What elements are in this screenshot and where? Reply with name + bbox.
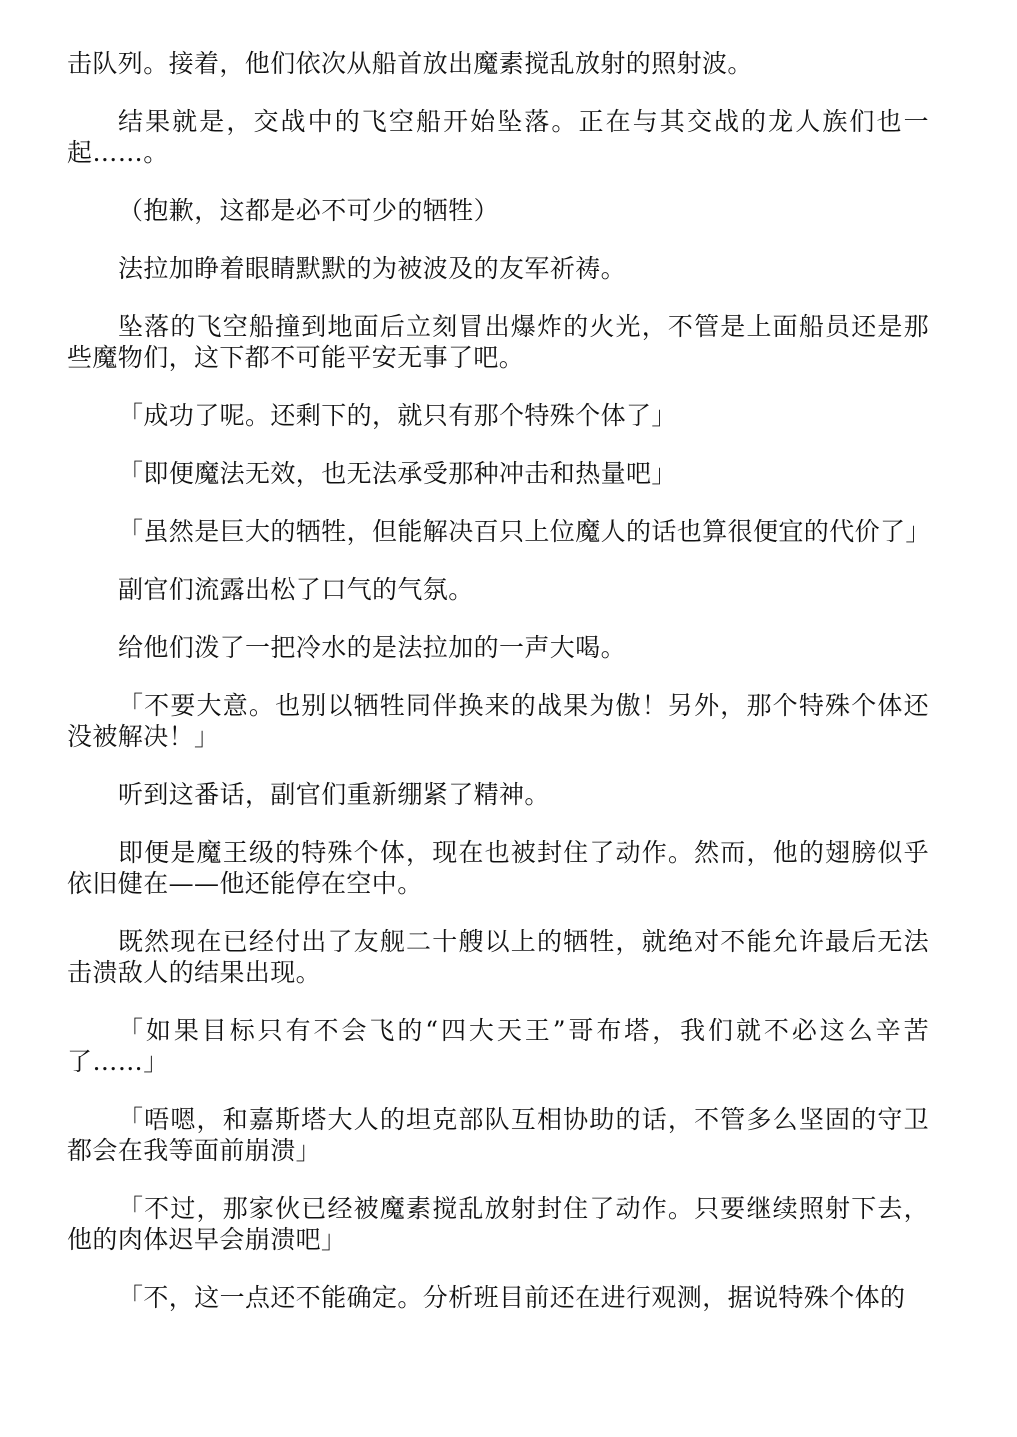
paragraph: 副官们流露出松了口气的气氛。 bbox=[67, 574, 929, 605]
dialogue-paragraph: 「不，这一点还不能确定。分析班目前还在进行观测，据说特殊个体的 bbox=[67, 1282, 929, 1313]
document-page: 击队列。接着，他们依次从船首放出魔素搅乱放射的照射波。 结果就是，交战中的飞空船… bbox=[67, 48, 929, 1340]
dialogue-paragraph: 「成功了呢。还剩下的，就只有那个特殊个体了」 bbox=[67, 400, 929, 431]
paragraph: （抱歉，这都是必不可少的牺牲） bbox=[67, 195, 929, 226]
paragraph: 即便是魔王级的特殊个体，现在也被封住了动作。然而，他的翅膀似乎依旧健在——他还能… bbox=[67, 837, 929, 899]
dialogue-paragraph: 「不要大意。也别以牺牲同伴换来的战果为傲！另外，那个特殊个体还没被解决！」 bbox=[67, 690, 929, 752]
dialogue-paragraph: 「虽然是巨大的牺牲，但能解决百只上位魔人的话也算很便宜的代价了」 bbox=[67, 516, 929, 547]
dialogue-paragraph: 「唔嗯，和嘉斯塔大人的坦克部队互相协助的话，不管多么坚固的守卫都会在我等面前崩溃… bbox=[67, 1104, 929, 1166]
paragraph: 坠落的飞空船撞到地面后立刻冒出爆炸的火光，不管是上面船员还是那些魔物们，这下都不… bbox=[67, 311, 929, 373]
paragraph: 听到这番话，副官们重新绷紧了精神。 bbox=[67, 779, 929, 810]
paragraph: 法拉加睁着眼睛默默的为被波及的友军祈祷。 bbox=[67, 253, 929, 284]
paragraph: 击队列。接着，他们依次从船首放出魔素搅乱放射的照射波。 bbox=[67, 48, 929, 79]
dialogue-paragraph: 「即便魔法无效，也无法承受那种冲击和热量吧」 bbox=[67, 458, 929, 489]
paragraph: 结果就是，交战中的飞空船开始坠落。正在与其交战的龙人族们也一起……。 bbox=[67, 106, 929, 168]
dialogue-paragraph: 「不过，那家伙已经被魔素搅乱放射封住了动作。只要继续照射下去，他的肉体迟早会崩溃… bbox=[67, 1193, 929, 1255]
paragraph: 给他们泼了一把冷水的是法拉加的一声大喝。 bbox=[67, 632, 929, 663]
dialogue-paragraph: 「如果目标只有不会飞的“四大天王”哥布塔，我们就不必这么辛苦了……」 bbox=[67, 1015, 929, 1077]
paragraph: 既然现在已经付出了友舰二十艘以上的牺牲，就绝对不能允许最后无法击溃敌人的结果出现… bbox=[67, 926, 929, 988]
